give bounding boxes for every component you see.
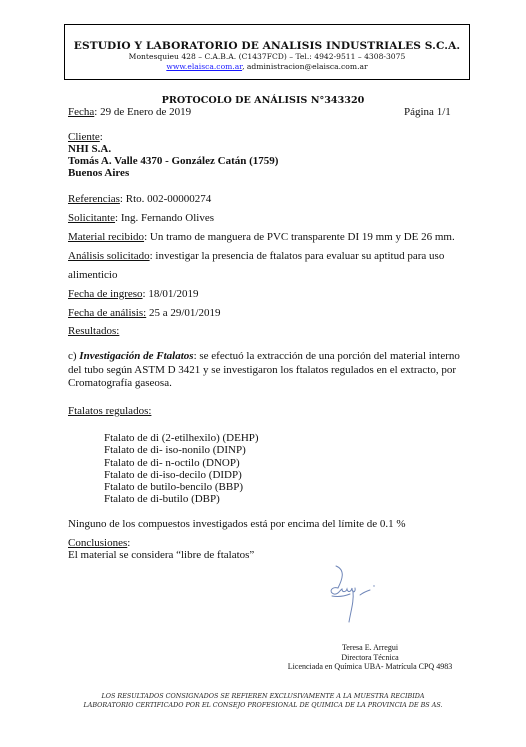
field-value: : Ing. Fernando Olives [115,212,214,224]
field-references: Referencias: Rto. 002-00000274 [68,193,211,205]
field-value: 25 a 29/01/2019 [146,307,220,319]
phthalate-list: Ftalato de di (2-etilhexilo) (DEHP) Ftal… [104,432,259,506]
field-requester: Solicitante: Ing. Fernando Olives [68,212,214,224]
regulated-label: Ftalatos regulados: [68,405,151,417]
field-results: Resultados: [68,325,119,337]
page-number: Página 1/1 [404,106,451,118]
client-label-line: Cliente: [68,131,103,143]
signer-name: Teresa E. Arregui [240,643,500,653]
client-label: Cliente [68,131,100,143]
conclusions-colon: : [127,537,130,549]
footer-line-1: LOS RESULTADOS CONSIGNADOS SE REFIEREN E… [0,692,526,701]
footer-disclaimer: LOS RESULTADOS CONSIGNADOS SE REFIEREN E… [0,692,526,710]
list-item: Ftalato de di-iso-decilo (DIDP) [104,469,259,481]
list-item: Ftalato de di- n-octilo (DNOP) [104,457,259,469]
letterhead-box: ESTUDIO Y LABORATORIO DE ANALISIS INDUST… [64,24,470,80]
field-value: : Un tramo de manguera de PVC transparen… [144,231,455,243]
list-item: Ftalato de di- iso-nonilo (DINP) [104,444,259,456]
signer-credentials: Licenciada en Química UBA- Matrícula CPQ… [240,662,500,672]
field-entry-date: Fecha de ingreso: 18/01/2019 [68,288,198,300]
client-name: NHI S.A. [68,143,111,155]
result-statement: Ninguno de los compuestos investigados e… [68,518,406,530]
field-label: Análisis solicitado [68,250,150,262]
field-label: Material recibido [68,231,144,243]
client-colon: : [100,131,103,143]
field-value: : investigar la presencia de ftalatos pa… [150,250,445,262]
lab-name: ESTUDIO Y LABORATORIO DE ANALISIS INDUST… [65,40,469,52]
field-value: : 18/01/2019 [143,288,199,300]
signature-image [320,562,380,627]
field-analysis-continued: alimenticio [68,269,117,281]
field-value: alimenticio [68,269,117,281]
field-label: Solicitante [68,212,115,224]
document-title: PROTOCOLO DE ANÁLISIS N°343320 [0,95,526,106]
footer-line-2: LABORATORIO CERTIFICADO POR EL CONSEJO P… [0,701,526,710]
signer-role: Directora Técnica [240,653,500,663]
list-item: Ftalato de di (2-etilhexilo) (DEHP) [104,432,259,444]
conclusions-label: Conclusiones [68,537,127,549]
signature-block: Teresa E. Arregui Directora Técnica Lice… [240,643,500,672]
date-label: Fecha [68,106,94,118]
date-line: Fecha: 29 de Enero de 2019 [68,106,191,118]
client-address: Tomás A. Valle 4370 - González Catán (17… [68,155,278,167]
field-label: Referencias [68,193,120,205]
date-value: : 29 de Enero de 2019 [94,106,191,118]
field-label: Resultados: [68,325,119,337]
field-analysis-date: Fecha de análisis: 25 a 29/01/2019 [68,307,220,319]
field-label: Fecha de análisis: [68,307,146,319]
field-value: : Rto. 002-00000274 [120,193,211,205]
lab-address: Montesquieu 428 – C.A.B.A. (C1437FCD) – … [65,52,469,62]
field-label: Fecha de ingreso [68,288,143,300]
field-material: Material recibido: Un tramo de manguera … [68,231,455,243]
conclusion-text: El material se considera “libre de ftala… [68,549,254,561]
field-analysis-requested: Análisis solicitado: investigar la prese… [68,250,444,262]
list-item: Ftalato de di-butilo (DBP) [104,493,259,505]
lab-contact: www.elaisca.com.ar, administracion@elais… [65,62,469,72]
investigation-prefix: c) [68,350,79,362]
list-item: Ftalato de butilo-bencilo (BBP) [104,481,259,493]
lab-email: administracion@elaisca.com.ar [247,62,368,71]
investigation-title: Investigación de Ftalatos [79,350,193,362]
website-link[interactable]: www.elaisca.com.ar [166,62,242,71]
investigation-paragraph: c) Investigación de Ftalatos: se efectuó… [68,350,468,391]
client-city: Buenos Aires [68,167,129,179]
conclusions-label-line: Conclusiones: [68,537,130,549]
